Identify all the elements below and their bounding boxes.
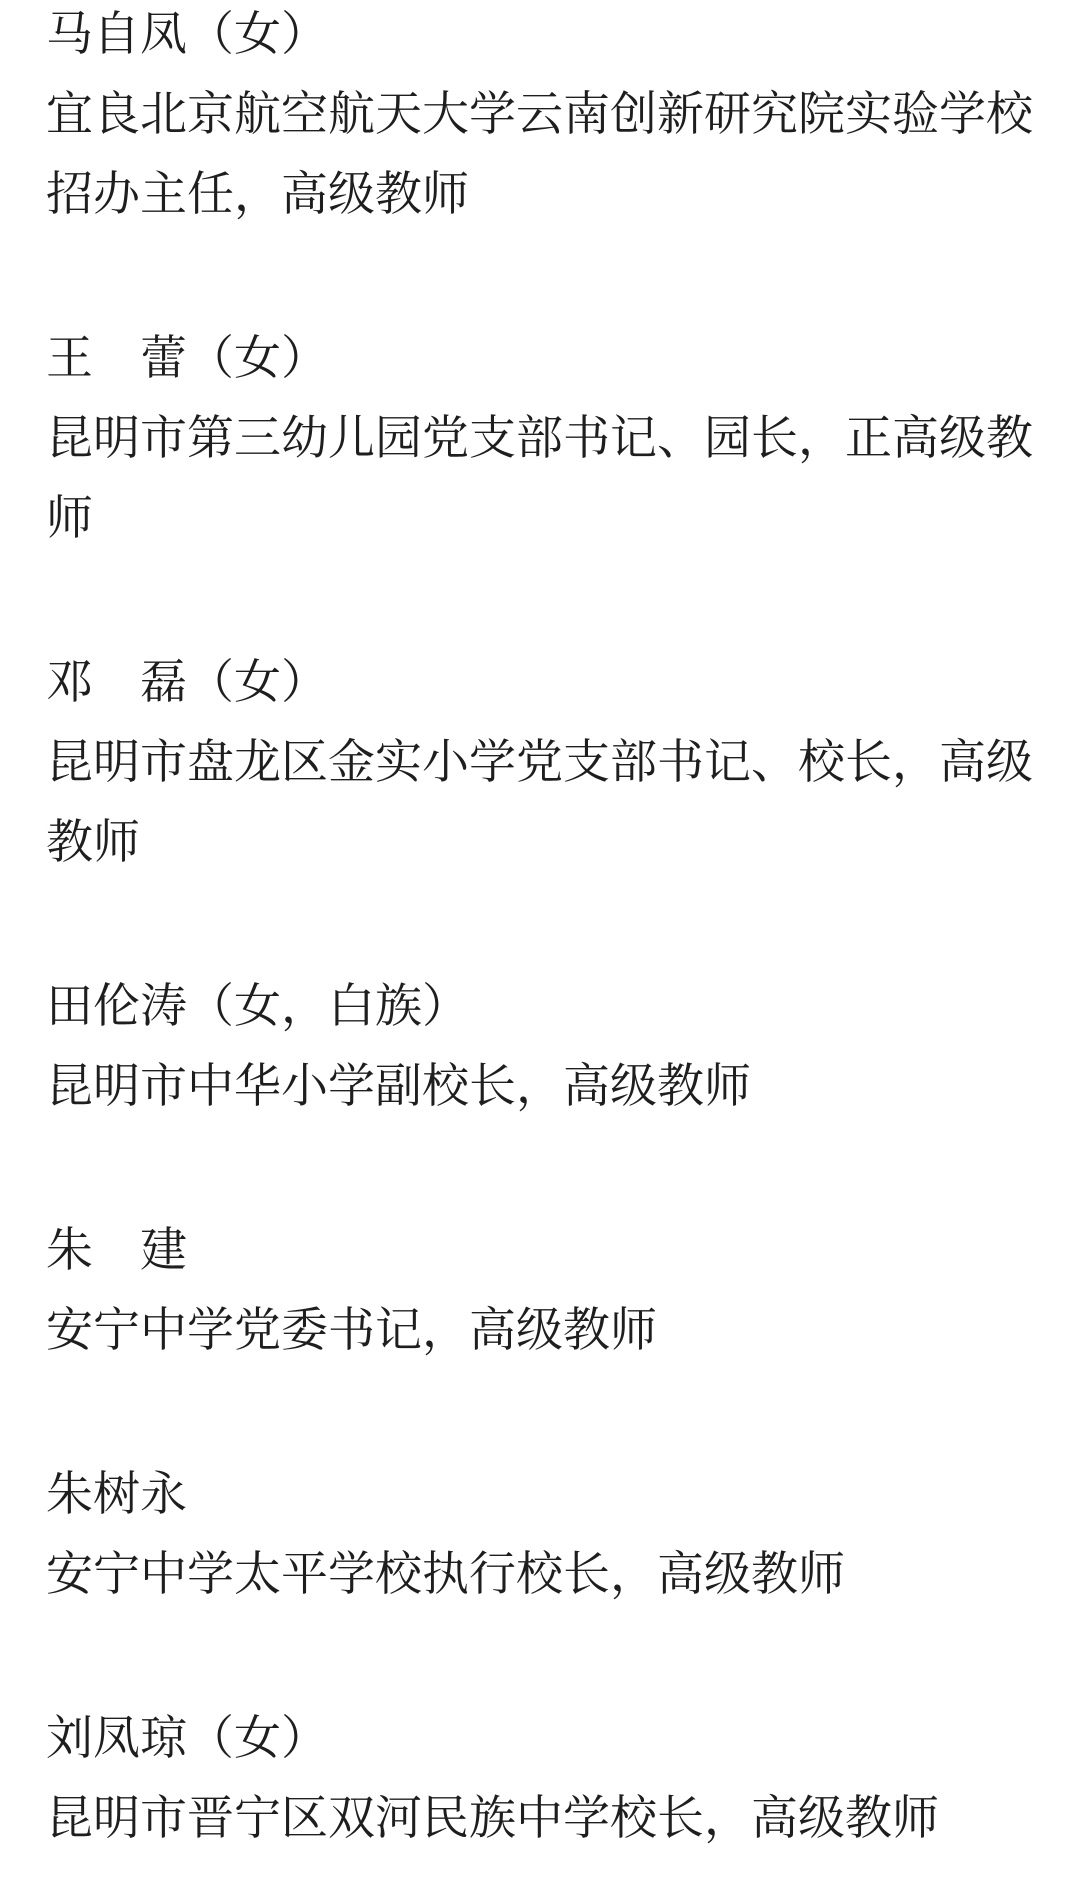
person-name: 马自凤（女） (46, 0, 1033, 74)
person-title: 昆明市盘龙区金实小学党支部书记、校长，高级教师 (46, 722, 1033, 882)
person-entry: 马自凤（女） 宜良北京航空航天大学云南创新研究院实验学校招办主任，高级教师 (46, 0, 1033, 234)
person-title: 昆明市晋宁区双河民族中学校长，高级教师 (46, 1778, 1033, 1858)
person-entry: 邓 磊（女） 昆明市盘龙区金实小学党支部书记、校长，高级教师 (46, 642, 1033, 882)
person-name: 邓 磊（女） (46, 642, 1033, 722)
person-entry: 田伦涛（女，白族） 昆明市中华小学副校长，高级教师 (46, 966, 1033, 1126)
person-title: 安宁中学党委书记，高级教师 (46, 1290, 1033, 1370)
person-entry: 朱树永 安宁中学太平学校执行校长，高级教师 (46, 1454, 1033, 1614)
person-name: 刘凤琼（女） (46, 1698, 1033, 1778)
person-name: 朱树永 (46, 1454, 1033, 1534)
person-name: 田伦涛（女，白族） (46, 966, 1033, 1046)
person-title: 昆明市第三幼儿园党支部书记、园长，正高级教师 (46, 398, 1033, 558)
person-title: 昆明市中华小学副校长，高级教师 (46, 1046, 1033, 1126)
person-name: 朱 建 (46, 1210, 1033, 1290)
person-title: 宜良北京航空航天大学云南创新研究院实验学校招办主任，高级教师 (46, 74, 1033, 234)
person-name: 王 蕾（女） (46, 318, 1033, 398)
person-entry: 朱 建 安宁中学党委书记，高级教师 (46, 1210, 1033, 1370)
person-entry: 王 蕾（女） 昆明市第三幼儿园党支部书记、园长，正高级教师 (46, 318, 1033, 558)
person-title: 安宁中学太平学校执行校长，高级教师 (46, 1534, 1033, 1614)
honor-roll-article: 马自凤（女） 宜良北京航空航天大学云南创新研究院实验学校招办主任，高级教师 王 … (0, 0, 1079, 1858)
person-entry: 刘凤琼（女） 昆明市晋宁区双河民族中学校长，高级教师 (46, 1698, 1033, 1858)
